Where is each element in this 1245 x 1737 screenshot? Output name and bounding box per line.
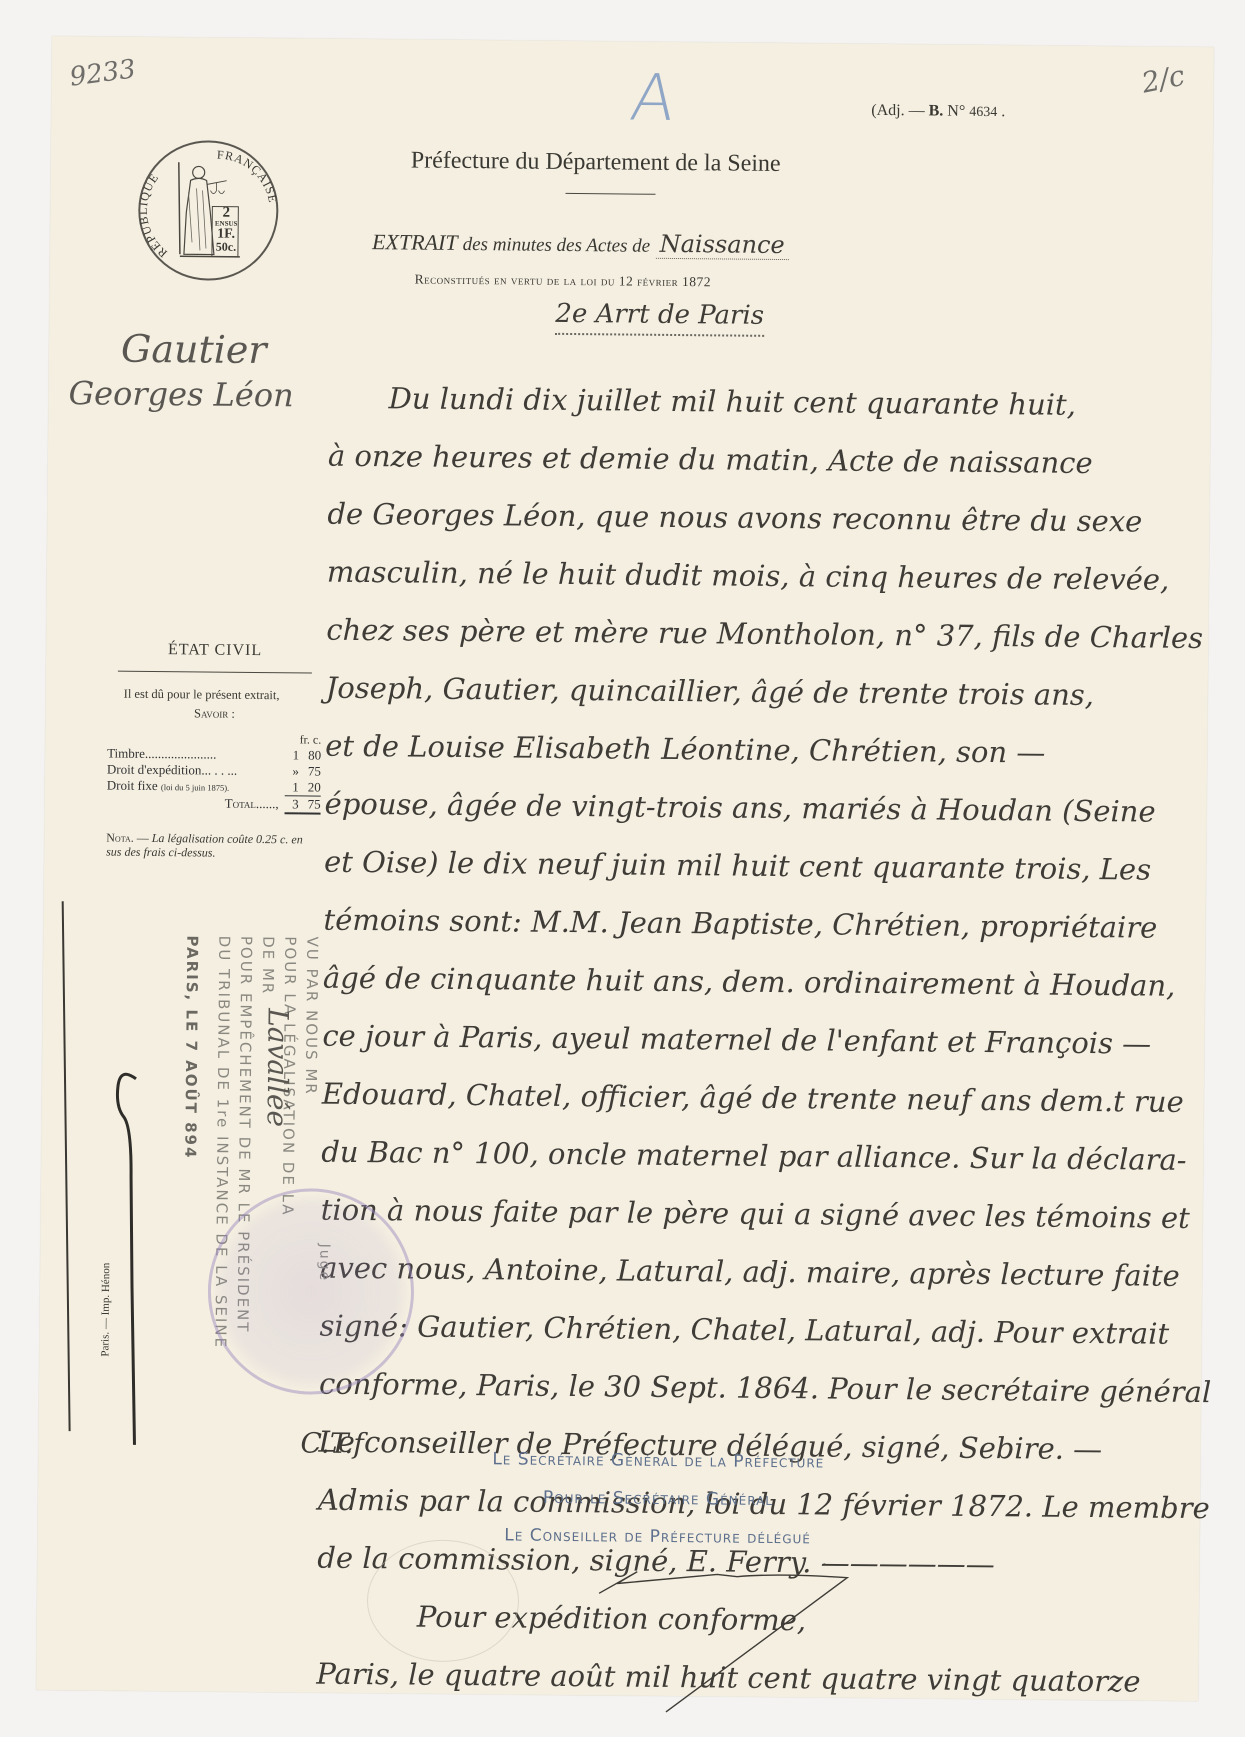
nota-note: Nota. — La légalisation coûte 0.25 c. en…	[106, 831, 320, 861]
clerk-initials: C.T.f	[300, 1426, 363, 1460]
extract-label: EXTRAIT	[372, 229, 457, 255]
fee-label: Timbre......................	[107, 746, 285, 764]
fee-cents: 75	[299, 763, 321, 779]
nota-label: Nota. —	[106, 831, 149, 845]
secretary-stamp: Le Secrétaire Général de la Préfecture P…	[457, 1440, 858, 1558]
total-cents: 75	[299, 796, 321, 814]
body-line: et de Louise Elisabeth Léontine, Chrétie…	[325, 717, 1206, 783]
blue-pencil-letter: A	[626, 62, 681, 136]
body-line: épouse, âgée de vingt-trois ans, mariés …	[324, 775, 1205, 841]
body-line: témoins sont: M.M. Jean Baptiste, Chréti…	[323, 891, 1204, 957]
reference-number-value: 4634	[969, 105, 997, 120]
printer-credit: Paris. — Imp. Hénon	[99, 1263, 112, 1357]
svg-text:RÉPUBLIQUE: RÉPUBLIQUE	[140, 170, 171, 260]
margin-surname: Gautier	[121, 327, 267, 372]
body-line: Joseph, Gautier, quincaillier, âgé de tr…	[325, 659, 1206, 725]
fee-label-text: Timbre	[107, 746, 145, 761]
fee-francs: 1	[285, 747, 299, 763]
stamp-value-50c: 50c.	[213, 241, 239, 254]
fee-francs: »	[285, 763, 299, 779]
extract-text: des minutes des Actes de	[463, 234, 651, 257]
body-line: signé: Gautier, Chrétien, Chatel, Latura…	[319, 1297, 1200, 1363]
reference-suffix: .	[1001, 103, 1005, 120]
fee-label-text: Droit fixe	[107, 778, 158, 793]
body-line: ce jour à Paris, ayeul maternel de l'enf…	[322, 1007, 1203, 1073]
stamp-value-2: 2	[222, 205, 230, 221]
reference-number-label: N°	[947, 103, 965, 120]
reference-number: (Adj. — B. N° 4634 .	[871, 102, 1005, 121]
document-page: 9233 A 2/c (Adj. — B. N° 4634 . RÉPUBLIQ…	[36, 36, 1214, 1701]
etat-civil-box: ÉTAT CIVIL Il est dû pour le présent ext…	[106, 641, 322, 861]
margin-given-names: Georges Léon	[68, 374, 293, 414]
etat-civil-intro: Il est dû pour le présent extrait,	[108, 686, 322, 704]
margin-rule	[62, 901, 71, 1431]
stamp-line-3: Le Conseiller de Préfecture délégué	[457, 1516, 857, 1558]
margin-bracket-icon	[108, 1067, 152, 1447]
body-line: avec nous, Antoine, Latural, adj. maire,…	[320, 1239, 1201, 1305]
svg-text:FRANÇAISE: FRANÇAISE	[216, 147, 277, 204]
body-line: de Georges Léon, que nous avons reconnu …	[327, 485, 1208, 551]
reference-series: B.	[929, 102, 944, 119]
act-type-handwritten: Naissance	[656, 230, 789, 260]
savoir-label: Savoir :	[107, 706, 321, 723]
marianne-justice-icon: RÉPUBLIQUE FRANÇAISE	[140, 142, 277, 279]
fee-row: Droit fixe (loi du 5 juin 1875). 1 20	[107, 778, 321, 797]
reference-prefix: (Adj. —	[871, 102, 924, 120]
fee-label: Droit d'expédition... . . ...	[107, 762, 285, 780]
legalisation-signature: Lavallée	[261, 1008, 295, 1127]
fee-row: Droit d'expédition... . . ... » 75	[107, 762, 321, 780]
body-line: chez ses père et mère rue Montholon, n° …	[326, 601, 1207, 667]
body-line: à onze heures et demie du matin, Acte de…	[328, 427, 1209, 493]
archive-number: 9233	[68, 54, 138, 92]
fee-francs: 1	[285, 779, 299, 796]
body-line: conforme, Paris, le 30 Sept. 1864. Pour …	[319, 1355, 1200, 1421]
signature-flourish-icon	[596, 1561, 878, 1724]
fee-cents: 80	[299, 747, 321, 763]
fee-label-text: Droit d'expédition	[107, 762, 202, 778]
arrondissement-handwritten: 2e Arrt de Paris	[555, 299, 764, 337]
body-line: masculin, né le huit dudit mois, à cinq …	[327, 543, 1208, 609]
body-line: âgé de cinquante huit ans, dem. ordinair…	[323, 949, 1204, 1015]
stamp-value: 2 ENSUS 1F. 50c.	[213, 207, 239, 254]
folio-reference: 2/c	[1139, 59, 1188, 100]
title-divider	[566, 193, 656, 195]
stamp-line-1: Le Secrétaire Général de la Préfecture	[458, 1440, 858, 1482]
body-line: Du lundi dix juillet mil huit cent quara…	[328, 369, 1209, 435]
fee-leader: ... . . ...	[201, 762, 237, 777]
extract-heading: EXTRAIT des minutes des Actes de Naissan…	[372, 227, 789, 259]
total-label: Total......,	[107, 794, 285, 813]
purple-tribunal-seal	[207, 1188, 415, 1396]
body-line: et Oise) le dix neuf juin mil huit cent …	[324, 833, 1205, 899]
fee-cents: 20	[299, 779, 321, 796]
fee-note: (loi du 5 juin 1875).	[161, 782, 229, 793]
body-line: du Bac n° 100, oncle maternel par allian…	[321, 1123, 1202, 1189]
etat-civil-title: ÉTAT CIVIL	[108, 641, 322, 661]
total-francs: 3	[285, 796, 299, 814]
stamp-line-2: Pour le Secrétaire Général	[458, 1478, 858, 1520]
prefecture-title: Préfecture du Département de la Seine	[411, 147, 781, 178]
fee-label: Droit fixe (loi du 5 juin 1875).	[107, 778, 285, 796]
total-row: Total......, 3 75	[107, 794, 321, 814]
legalisation-date: PARIS, LE 7 AOÛT 894	[177, 935, 203, 1349]
body-line: Edouard, Chatel, officier, âgé de trente…	[322, 1065, 1203, 1131]
fee-leader: ......................	[145, 746, 217, 762]
embossed-seal	[366, 1539, 519, 1662]
reconstitution-note: Reconstitués en vertu de la loi du 12 fé…	[415, 271, 711, 290]
tax-stamp-seal: RÉPUBLIQUE FRANÇAISE 2 ENSUS 1F. 50c.	[138, 140, 279, 281]
body-line: tion à nous faite par le père qui a sign…	[320, 1181, 1201, 1247]
fees-table: Timbre...................... 1 80 Droit …	[107, 746, 322, 815]
etat-civil-divider	[118, 671, 312, 674]
